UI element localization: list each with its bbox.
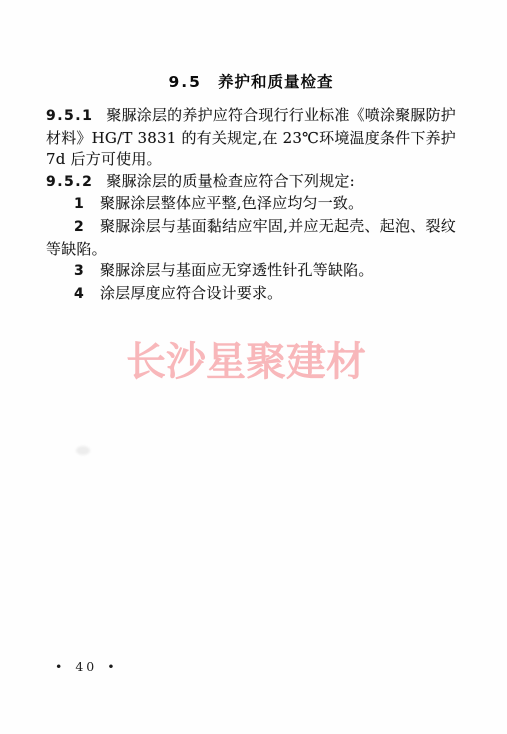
section-number: 9.5 [169, 73, 202, 91]
section-heading: 9.5养护和质量检查 [46, 73, 456, 91]
requirement-item-1: 1聚脲涂层整体应平整,色泽应均匀一致。 [46, 193, 456, 216]
clause-number: 9.5.1 [46, 108, 93, 124]
item-text: 聚脲涂层整体应平整,色泽应均匀一致。 [100, 194, 363, 212]
requirement-item-2: 2聚脲涂层与基面黏结应牢固,并应无起壳、起泡、裂纹等缺陷。 [46, 216, 456, 260]
scan-artifact [76, 446, 90, 455]
requirement-item-3: 3聚脲涂层与基面应无穿透性针孔等缺陷。 [46, 260, 456, 283]
item-number: 3 [74, 263, 84, 279]
document-page: 9.5养护和质量检查 9.5.1聚脲涂层的养护应符合现行行业标准《喷涂聚脲防护材… [0, 0, 507, 734]
item-text: 聚脲涂层与基面应无穿透性针孔等缺陷。 [100, 261, 374, 279]
item-number: 4 [74, 286, 84, 302]
clause-text: 聚脲涂层的养护应符合现行行业标准《喷涂聚脲防护材料》HG/T 3831 的有关规… [46, 106, 456, 168]
clause-9-5-2: 9.5.2聚脲涂层的质量检查应符合下列规定: [46, 171, 456, 194]
clause-number: 9.5.2 [46, 174, 93, 190]
text-block: 9.5养护和质量检查 9.5.1聚脲涂层的养护应符合现行行业标准《喷涂聚脲防护材… [46, 73, 456, 305]
item-text: 聚脲涂层与基面黏结应牢固,并应无起壳、起泡、裂纹等缺陷。 [46, 217, 456, 258]
item-text: 涂层厚度应符合设计要求。 [100, 284, 282, 302]
requirement-item-4: 4涂层厚度应符合设计要求。 [46, 283, 456, 306]
watermark: 长沙星聚建材 [126, 338, 366, 386]
clause-9-5-1: 9.5.1聚脲涂层的养护应符合现行行业标准《喷涂聚脲防护材料》HG/T 3831… [46, 105, 456, 171]
section-title: 养护和质量检查 [218, 73, 334, 91]
item-number: 2 [74, 219, 84, 235]
clause-text: 聚脲涂层的质量检查应符合下列规定: [106, 172, 354, 190]
page-number: • 40 • [55, 659, 118, 674]
item-number: 1 [74, 196, 84, 212]
